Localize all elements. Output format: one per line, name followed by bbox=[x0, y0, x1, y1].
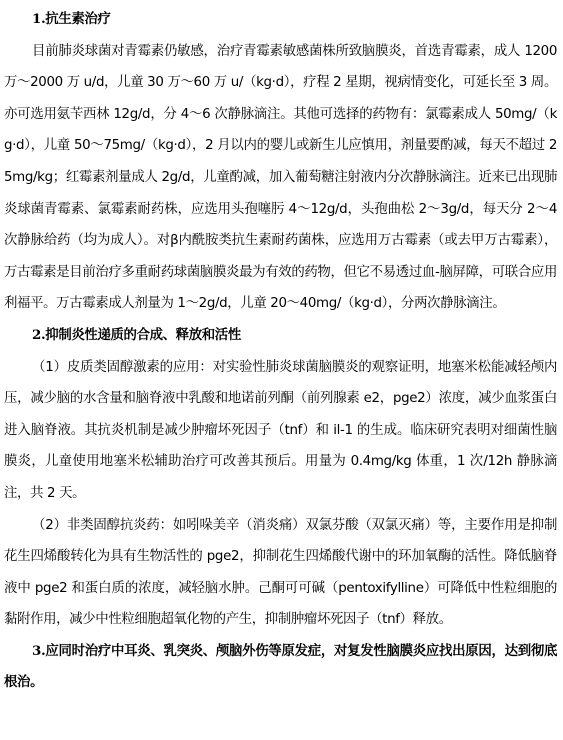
document-body: 1.抗生素治疗 目前肺炎球菌对青霉素仍敏感，治疗青霉素敏感菌株所致脑膜炎，首选青… bbox=[0, 0, 563, 699]
paragraph-nsaids: （2）非类固醇抗炎药：如吲哚美辛（消炎痛）双氯芬酸（双氯灭痛）等，主要作用是抑制… bbox=[4, 510, 557, 636]
section-heading-antibiotics: 1.抗生素治疗 bbox=[4, 4, 557, 36]
paragraph-antibiotic-therapy: 目前肺炎球菌对青霉素仍敏感，治疗青霉素敏感菌株所致脑膜炎，首选青霉素，成人 12… bbox=[4, 36, 557, 320]
section-heading-primary-disease: 3.应同时治疗中耳炎、乳突炎、颅脑外伤等原发症，对复发性脑膜炎应找出原因，达到彻… bbox=[4, 636, 557, 699]
paragraph-corticosteroids: （1）皮质类固醇激素的应用：对实验性肺炎球菌脑膜炎的观察证明，地塞米松能减轻颅内… bbox=[4, 352, 557, 510]
section-heading-inflammatory-mediators: 2.抑制炎性递质的合成、释放和活性 bbox=[4, 320, 557, 352]
